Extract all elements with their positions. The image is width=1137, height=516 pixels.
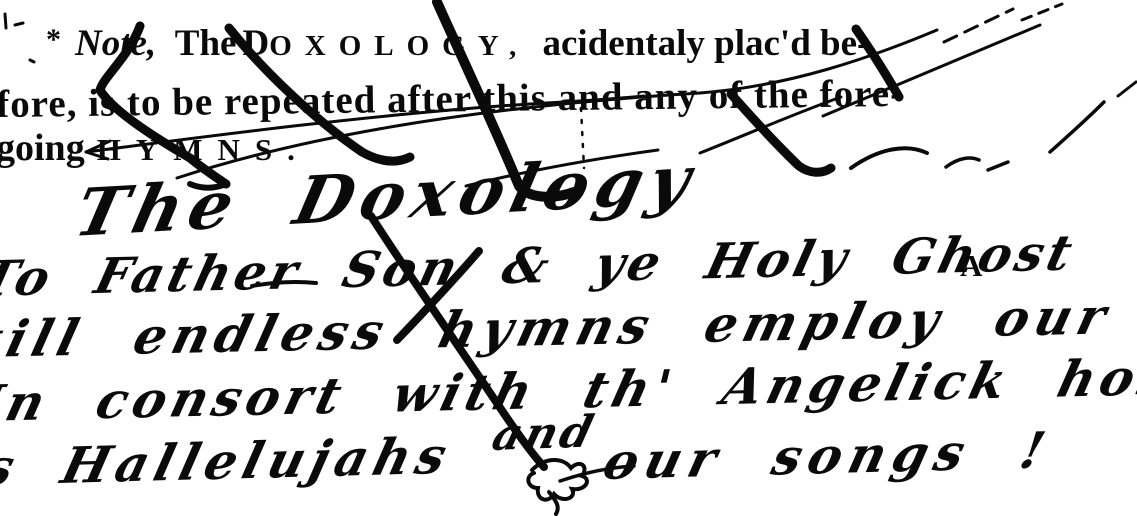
doxology-word: OXOLOGY, bbox=[269, 30, 529, 62]
speck-mark bbox=[5, 14, 34, 62]
slash-mark bbox=[1118, 82, 1136, 96]
the-word: The bbox=[175, 23, 237, 64]
dashed-mark bbox=[944, 9, 1013, 42]
note-word: Note, bbox=[75, 23, 156, 64]
ink-blot bbox=[528, 460, 587, 500]
hymns-word: HYMNS. bbox=[97, 132, 310, 167]
printed-note-line-1: *Note, TheDOXOLOGY, acidentaly plac'd be… bbox=[46, 22, 869, 65]
arc-mark bbox=[851, 148, 927, 168]
line1-rest: acidentaly plac'd be- bbox=[543, 23, 870, 64]
doxology-initial: D bbox=[242, 23, 269, 64]
inserted-word: and bbox=[487, 407, 601, 461]
scanned-document-page: *Note, TheDOXOLOGY, acidentaly plac'd be… bbox=[0, 0, 1137, 516]
going-word: going bbox=[0, 127, 85, 169]
dash-mark bbox=[988, 162, 1008, 170]
footnote-asterisk: * bbox=[46, 23, 61, 56]
signature-mark: A bbox=[960, 248, 982, 284]
handwritten-line-4-left: s Hallelujahs bbox=[0, 426, 458, 497]
slash-mark bbox=[1050, 102, 1104, 152]
dashed-mark bbox=[1022, 4, 1062, 20]
handwritten-line-4-right: our songs ! bbox=[598, 420, 1058, 491]
ink-blot-tail bbox=[549, 492, 558, 514]
printed-note-line-2: fore, is to be repeated after this and a… bbox=[0, 71, 904, 127]
arc-mark bbox=[946, 158, 979, 167]
